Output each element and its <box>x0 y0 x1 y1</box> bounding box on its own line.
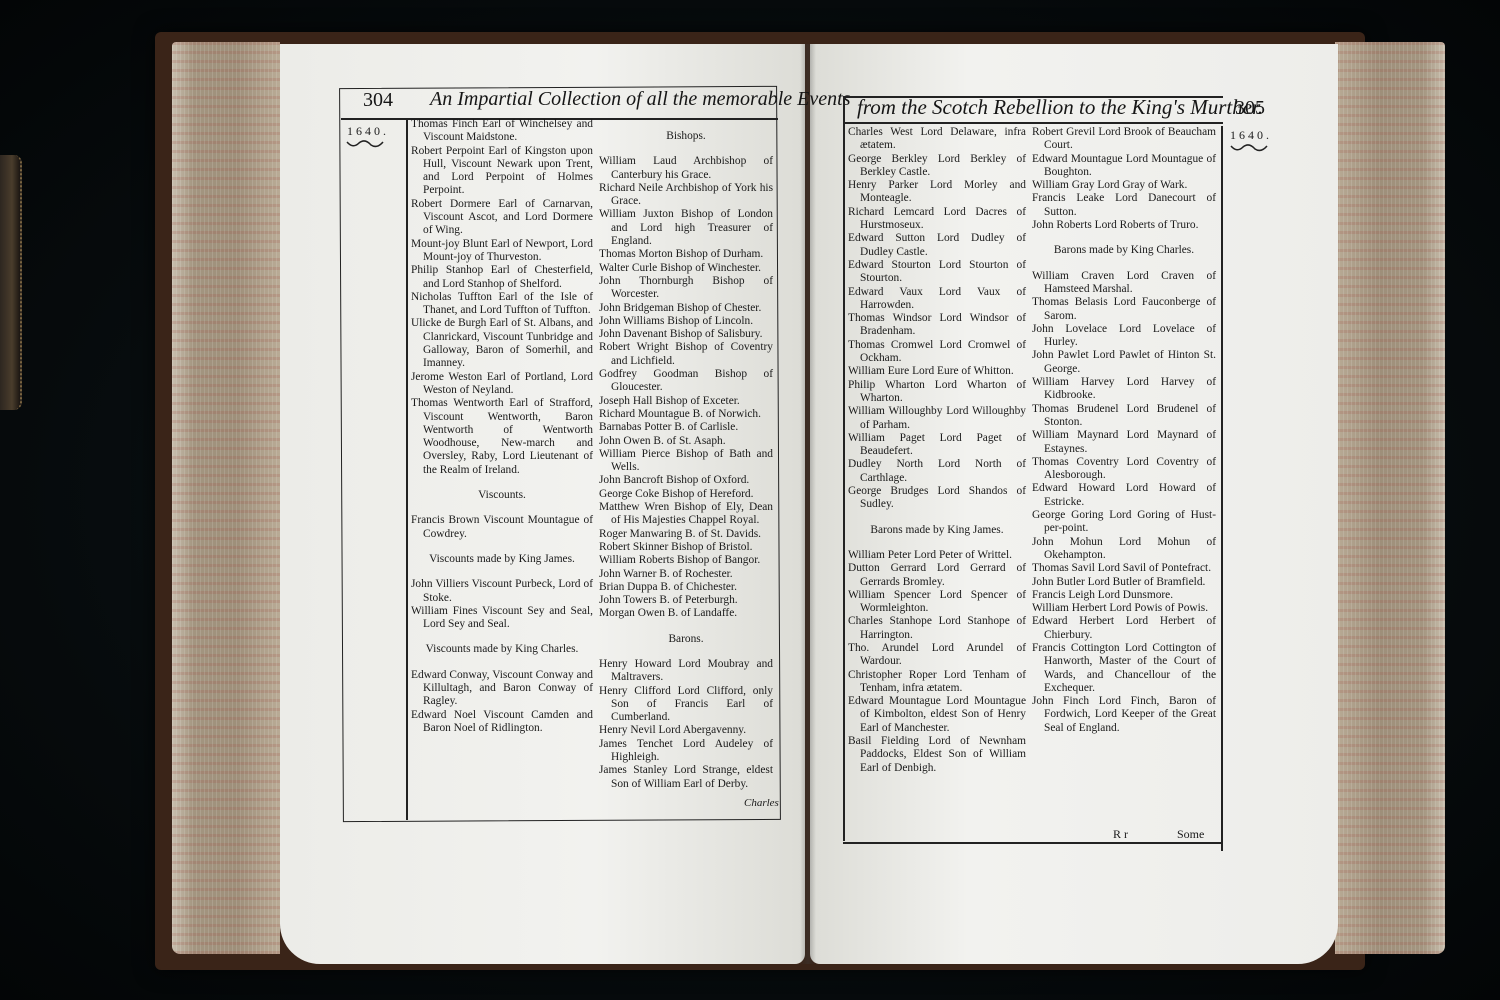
list-entry: Dudley North Lord North of Carthlage. <box>848 458 1026 485</box>
list-entry: Godfrey Goodman Bishop of Gloucester. <box>599 368 773 395</box>
list-entry: Morgan Owen B. of Landaffe. <box>599 607 773 620</box>
list-entry: Nicholas Tuffton Earl of the Isle of Tha… <box>411 291 593 318</box>
list-entry: John Villiers Viscount Purbeck, Lord of … <box>411 578 593 605</box>
list-entry: William Craven Lord Craven of Hamsteed M… <box>1032 270 1216 297</box>
list-entry: John Owen B. of St. Asaph. <box>599 435 773 448</box>
swash-ornament-icon <box>345 139 385 149</box>
list-entry: William Eure Lord Eure of Whitton. <box>848 365 1026 378</box>
list-entry: Thomas Cromwel Lord Cromwel of Ockham. <box>848 339 1026 366</box>
list-entry: Charles Stanhope Lord Stanhope of Harrin… <box>848 615 1026 642</box>
list-entry: Robert Perpoint Earl of Kingston upon Hu… <box>411 145 593 198</box>
side-object <box>0 155 22 410</box>
list-entry: Thomas Brudenel Lord Brudenel of Stonton… <box>1032 403 1216 430</box>
list-entry: Charles West Lord Delaware, infra ætatem… <box>848 126 1026 153</box>
list-entry: Edward Mountague Lord Mountague of Bough… <box>1032 153 1216 180</box>
list-entry: Robert Wright Bishop of Coventry and Lic… <box>599 341 773 368</box>
list-entry: Thomas Finch Earl of Winchelsey and Visc… <box>411 118 593 145</box>
right-year: 1640. <box>1230 128 1272 143</box>
left-running-head: An Impartial Collection of all the memor… <box>430 88 851 111</box>
list-entry: George Coke Bishop of Hereford. <box>599 488 773 501</box>
list-entry: Edward Howard Lord Howard of Estricke. <box>1032 482 1216 509</box>
list-entry: John Bridgeman Bishop of Chester. <box>599 302 773 315</box>
list-entry: Francis Leigh Lord Dunsmore. <box>1032 589 1216 602</box>
page-edges-left <box>172 42 280 954</box>
section-heading: Viscounts made by King James. <box>411 553 593 566</box>
right-folio: 305 <box>1235 97 1265 120</box>
list-entry: John Thornburgh Bishop of Worcester. <box>599 275 773 302</box>
list-entry: William Harvey Lord Harvey of Kidbrooke. <box>1032 376 1216 403</box>
list-entry: Tho. Arundel Lord Arundel of Wardour. <box>848 642 1026 669</box>
list-entry: Brian Duppa B. of Chichester. <box>599 581 773 594</box>
signature-mark: R r <box>1113 827 1128 842</box>
list-entry: William Pierce Bishop of Bath and Wells. <box>599 448 773 475</box>
list-entry: William Herbert Lord Powis of Powis. <box>1032 602 1216 615</box>
section-heading: Barons made by King Charles. <box>1032 244 1216 257</box>
list-entry: Robert Skinner Bishop of Bristol. <box>599 541 773 554</box>
left-year: 1640. <box>347 124 389 139</box>
list-entry: John Williams Bishop of Lincoln. <box>599 315 773 328</box>
list-entry: Thomas Savil Lord Savil of Pontefract. <box>1032 562 1216 575</box>
list-entry: William Juxton Bishop of London and Lord… <box>599 208 773 248</box>
list-entry: James Stanley Lord Strange, eldest Son o… <box>599 764 773 791</box>
list-entry: Richard Lemcard Lord Dacres of Hurstmose… <box>848 206 1026 233</box>
list-entry: William Gray Lord Gray of Wark. <box>1032 179 1216 192</box>
gutter <box>800 44 816 964</box>
list-entry: John Butler Lord Butler of Bramfield. <box>1032 576 1216 589</box>
right-column-1: Charles West Lord Delaware, infra ætatem… <box>848 126 1026 775</box>
list-entry: Basil Fielding Lord of Newnham Paddocks,… <box>848 735 1026 775</box>
list-entry: Barnabas Potter B. of Carlisle. <box>599 421 773 434</box>
list-entry: Henry Parker Lord Morley and Monteagle. <box>848 179 1026 206</box>
list-entry: John Lovelace Lord Lovelace of Hurley. <box>1032 323 1216 350</box>
swash-ornament-icon <box>1229 143 1269 153</box>
list-entry: Christopher Roper Lord Tenham of Tenham,… <box>848 669 1026 696</box>
list-entry: Matthew Wren Bishop of Ely, Dean of His … <box>599 501 773 528</box>
list-entry: Thomas Belasis Lord Fauconberge of Sarom… <box>1032 296 1216 323</box>
list-entry: Edward Noel Viscount Camden and Baron No… <box>411 709 593 736</box>
list-entry: Robert Grevil Lord Brook of Beaucham Cou… <box>1032 126 1216 153</box>
list-entry: George Brudges Lord Shandos of Sudley. <box>848 485 1026 512</box>
list-entry: Philip Stanhop Earl of Chesterfield, and… <box>411 264 593 291</box>
list-entry: Philip Wharton Lord Wharton of Wharton. <box>848 379 1026 406</box>
list-entry: Francis Brown Viscount Mountague of Cowd… <box>411 514 593 541</box>
list-entry: Edward Mountague Lord Mountague of Kimbo… <box>848 695 1026 735</box>
list-entry: Mount-joy Blunt Earl of Newport, Lord Mo… <box>411 238 593 265</box>
list-entry: Thomas Wentworth Earl of Strafford, Visc… <box>411 397 593 477</box>
right-catchword: Some <box>1177 827 1204 842</box>
right-column-2: Robert Grevil Lord Brook of Beaucham Cou… <box>1032 126 1216 735</box>
list-entry: John Pawlet Lord Pawlet of Hinton St. Ge… <box>1032 349 1216 376</box>
list-entry: William Fines Viscount Sey and Seal, Lor… <box>411 605 593 632</box>
left-folio: 304 <box>363 89 393 112</box>
section-heading: Barons. <box>599 633 773 646</box>
list-entry: William Laud Archbishop of Canterbury hi… <box>599 155 773 182</box>
list-entry: Edward Herbert Lord Herbert of Chierbury… <box>1032 615 1216 642</box>
list-entry: Henry Clifford Lord Clifford, only Son o… <box>599 685 773 725</box>
list-entry: Dutton Gerrard Lord Gerrard of Gerrards … <box>848 562 1026 589</box>
list-entry: Edward Conway, Viscount Conway and Killu… <box>411 669 593 709</box>
list-entry: Francis Cottington Lord Cottington of Ha… <box>1032 642 1216 695</box>
list-entry: Thomas Morton Bishop of Durham. <box>599 248 773 261</box>
list-entry: Joseph Hall Bishop of Exceter. <box>599 395 773 408</box>
list-entry: Thomas Windsor Lord Windsor of Bradenham… <box>848 312 1026 339</box>
list-entry: Robert Dormere Earl of Carnarvan, Viscou… <box>411 198 593 238</box>
list-entry: John Bancroft Bishop of Oxford. <box>599 474 773 487</box>
list-entry: John Warner B. of Rochester. <box>599 568 773 581</box>
list-entry: Ulicke de Burgh Earl of St. Albans, and … <box>411 317 593 370</box>
section-heading: Barons made by King James. <box>848 524 1026 537</box>
list-entry: Richard Neile Archbishop of York his Gra… <box>599 182 773 209</box>
right-head-rule <box>843 122 1223 124</box>
list-entry: Jerome Weston Earl of Portland, Lord Wes… <box>411 371 593 398</box>
section-heading: Viscounts. <box>411 489 593 502</box>
list-entry: Edward Sutton Lord Dudley of Dudley Cast… <box>848 232 1026 259</box>
list-entry: John Davenant Bishop of Salisbury. <box>599 328 773 341</box>
list-entry: John Towers B. of Peterburgh. <box>599 594 773 607</box>
list-entry: William Roberts Bishop of Bangor. <box>599 554 773 567</box>
list-entry: John Mohun Lord Mohun of Okehampton. <box>1032 536 1216 563</box>
page-edges-right <box>1335 42 1445 954</box>
list-entry: William Peter Lord Peter of Writtel. <box>848 549 1026 562</box>
left-margin-rule <box>406 118 408 820</box>
list-entry: George Goring Lord Goring of Hust-per-po… <box>1032 509 1216 536</box>
list-entry: William Spencer Lord Spencer of Wormleig… <box>848 589 1026 616</box>
list-entry: Richard Mountague B. of Norwich. <box>599 408 773 421</box>
list-entry: William Maynard Lord Maynard of Estaynes… <box>1032 429 1216 456</box>
list-entry: Henry Nevil Lord Abergavenny. <box>599 724 773 737</box>
right-left-rule <box>843 96 845 841</box>
list-entry: James Tenchet Lord Audeley of Highleigh. <box>599 738 773 765</box>
list-entry: Thomas Coventry Lord Coventry of Alesbor… <box>1032 456 1216 483</box>
list-entry: Walter Curle Bishop of Winchester. <box>599 262 773 275</box>
right-margin-rule <box>1221 126 1223 851</box>
left-column-1: Thomas Finch Earl of Winchelsey and Visc… <box>411 118 593 735</box>
list-entry: John Finch Lord Finch, Baron of Fordwich… <box>1032 695 1216 735</box>
left-column-2: Bishops.William Laud Archbishop of Cante… <box>599 118 773 791</box>
list-entry: George Berkley Lord Berkley of Berkley C… <box>848 153 1026 180</box>
section-heading: Bishops. <box>599 130 773 143</box>
list-entry: Edward Vaux Lord Vaux of Harrowden. <box>848 286 1026 313</box>
list-entry: Edward Stourton Lord Stourton of Stourto… <box>848 259 1026 286</box>
right-bottom-rule <box>843 842 1223 844</box>
left-catchword: Charles <box>744 797 779 809</box>
list-entry: John Roberts Lord Roberts of Truro. <box>1032 219 1216 232</box>
list-entry: William Willoughby Lord Willoughby of Pa… <box>848 405 1026 432</box>
list-entry: Henry Howard Lord Moubray and Maltravers… <box>599 658 773 685</box>
section-heading: Viscounts made by King Charles. <box>411 643 593 656</box>
list-entry: Francis Leake Lord Danecourt of Sutton. <box>1032 192 1216 219</box>
right-running-head: from the Scotch Rebellion to the King's … <box>857 95 1263 120</box>
list-entry: William Paget Lord Paget of Beaudefert. <box>848 432 1026 459</box>
list-entry: Roger Manwaring B. of St. Davids. <box>599 528 773 541</box>
